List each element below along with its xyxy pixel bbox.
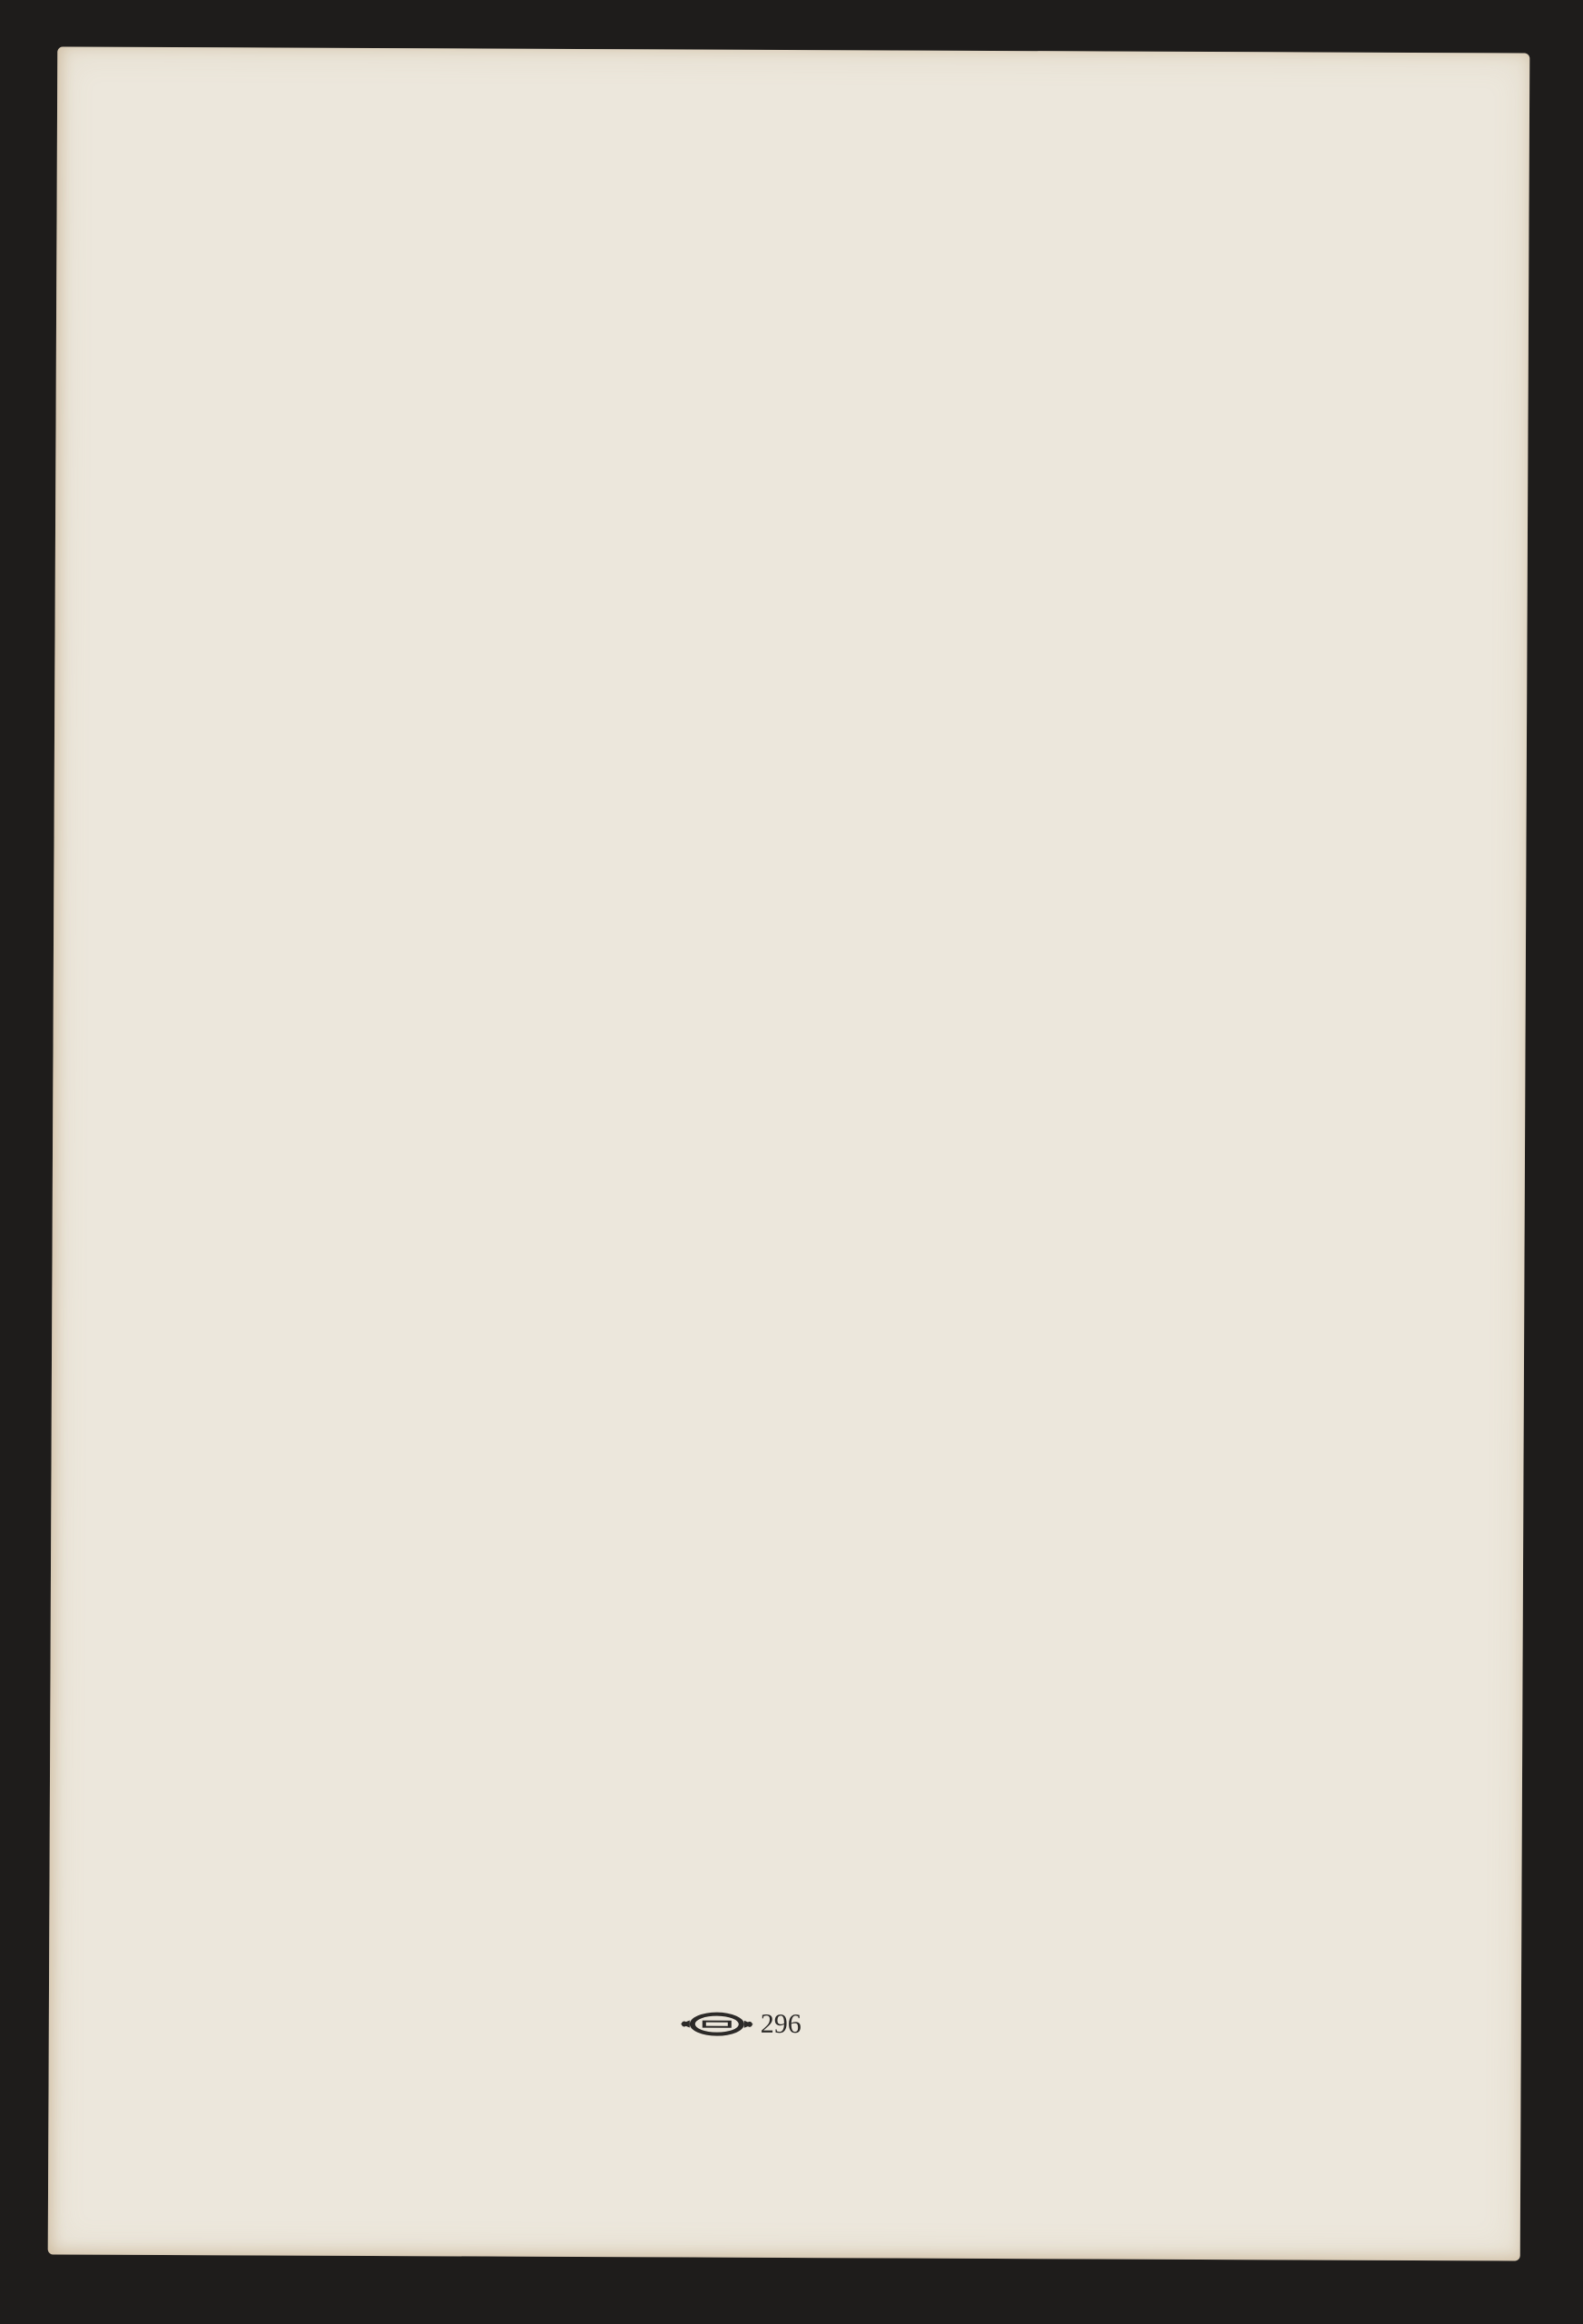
bleed-through-heading [56,219,1529,252]
page-number: 296 [761,2011,801,2038]
document-page: 296 [48,46,1530,2260]
page-footer: 296 [679,2010,801,2038]
union-label-icon [679,2010,755,2037]
